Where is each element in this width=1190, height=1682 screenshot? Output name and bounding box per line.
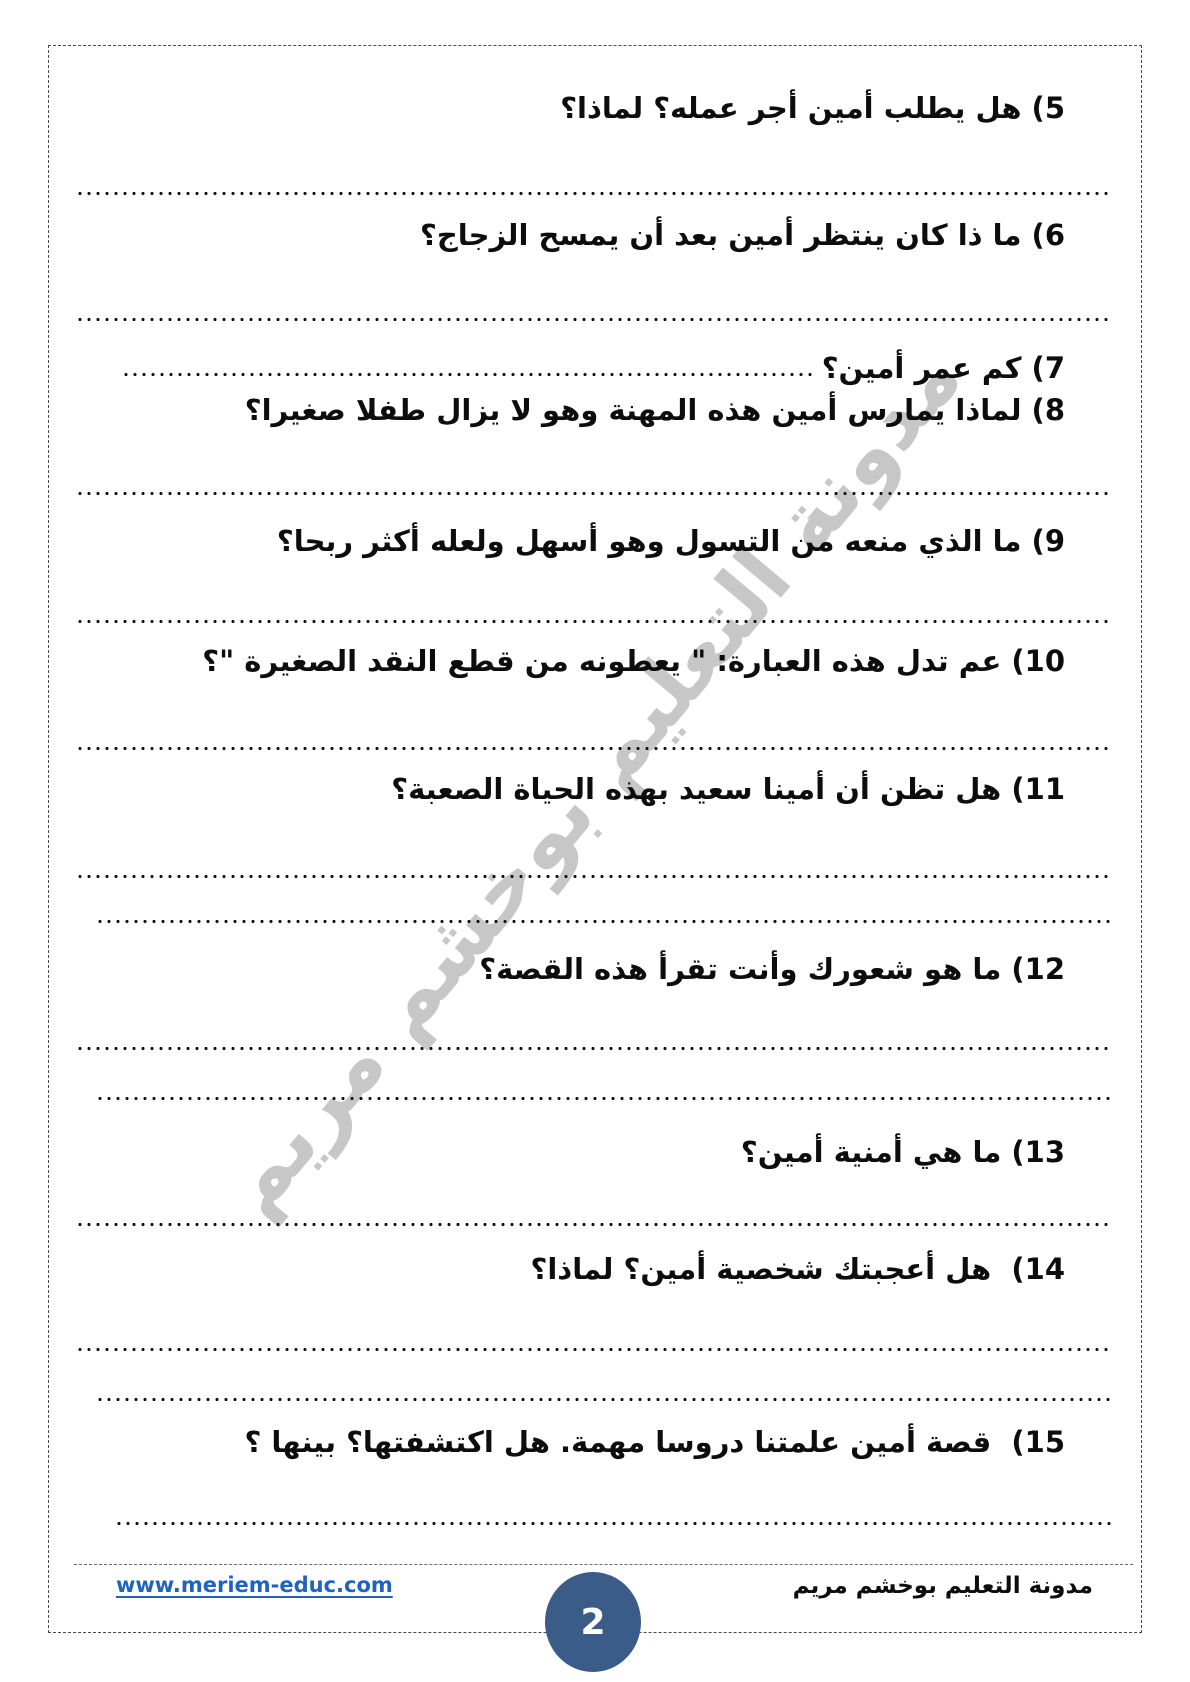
answer-line xyxy=(115,1521,1113,1526)
answer-line xyxy=(96,1096,1113,1101)
answer-line xyxy=(76,1046,1113,1051)
answer-line xyxy=(76,619,1113,624)
answer-line xyxy=(76,191,1113,196)
question-8: 8) لماذا يمارس أمين هذه المهنة وهو لا يز… xyxy=(107,392,1065,428)
page-border: 5) هل يطلب أمين أجر عمله؟ لماذا؟ 6) ما ذ… xyxy=(48,45,1142,1633)
question-9: 9) ما الذي منعه من التسول وهو أسهل ولعله… xyxy=(107,523,1065,559)
question-11: 11) هل تظن أن أمينا سعيد بهذه الحياة الص… xyxy=(107,771,1065,807)
blog-name: مدونة التعليم بوخشم مريم xyxy=(793,1573,1093,1599)
question-5: 5) هل يطلب أمين أجر عمله؟ لماذا؟ xyxy=(107,90,1065,126)
question-7-text: 7) كم عمر أمين؟ xyxy=(822,350,1065,386)
question-13: 13) ما هي أمنية أمين؟ xyxy=(107,1134,1065,1170)
page-number-badge: 2 xyxy=(545,1572,641,1672)
answer-line xyxy=(76,1222,1113,1227)
answer-line xyxy=(96,1397,1113,1402)
question-10: 10) عم تدل هذه العبارة: " يعطونه من قطع … xyxy=(107,643,1065,679)
answer-line xyxy=(76,491,1113,496)
answer-dots-inline xyxy=(122,372,812,377)
answer-line xyxy=(76,746,1113,751)
answer-line xyxy=(76,317,1113,322)
website-link[interactable]: www.meriem-educ.com xyxy=(116,1573,393,1597)
page-number: 2 xyxy=(580,1602,605,1643)
worksheet-page: مدونة التعليم بوخشم مريم 5) هل يطلب أمين… xyxy=(0,0,1190,1682)
answer-line xyxy=(76,1347,1113,1352)
question-14: 14) هل أعجبتك شخصية أمين؟ لماذا؟ xyxy=(107,1251,1065,1287)
answer-line xyxy=(76,874,1113,879)
question-15: 15) قصة أمين علمتنا دروسا مهمة. هل اكتشف… xyxy=(107,1424,1065,1460)
question-6: 6) ما ذا كان ينتظر أمين بعد أن يمسح الزج… xyxy=(107,217,1065,253)
answer-line xyxy=(96,919,1113,924)
question-7: 7) كم عمر أمين؟ xyxy=(107,350,1065,386)
question-12: 12) ما هو شعورك وأنت تقرأ هذه القصة؟ xyxy=(107,951,1065,987)
